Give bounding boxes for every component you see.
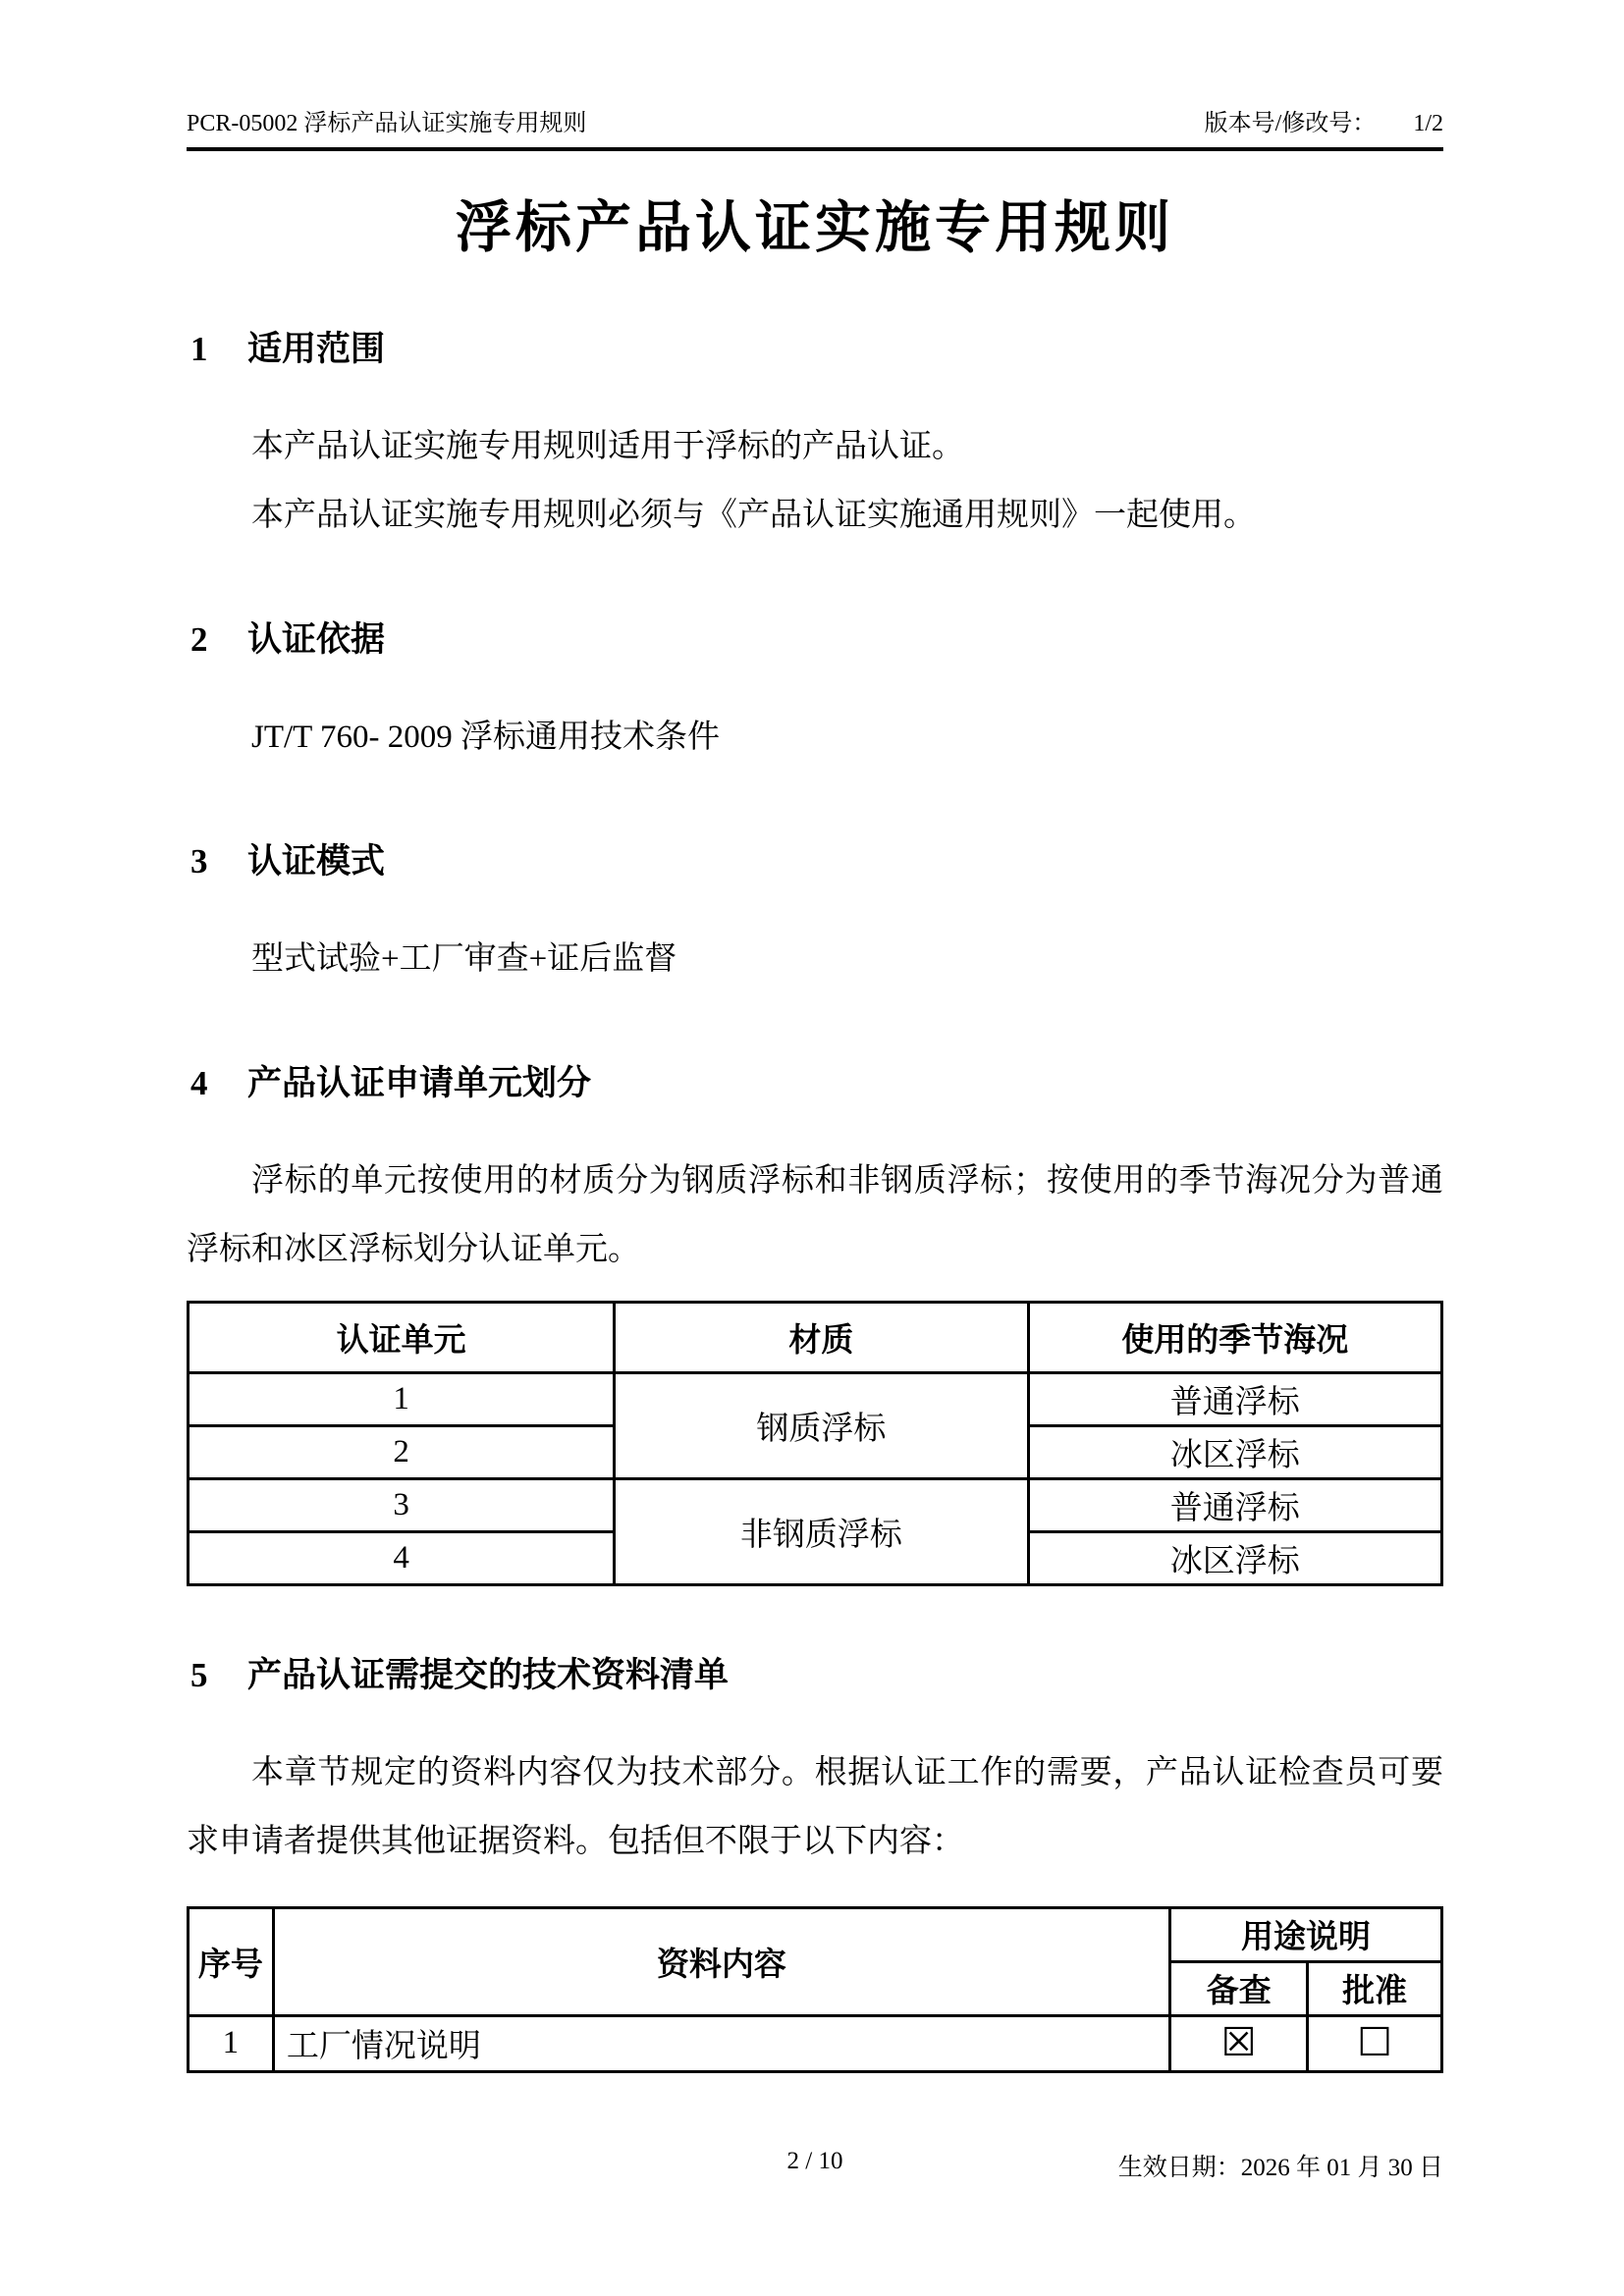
header-version: 版本号/修改号： 1/2 [1205,110,1443,138]
section-5-number: 5 [187,1655,247,1696]
section-5-body: 本章节规定的资料内容仅为技术部分。根据认证工作的需要，产品认证检查员可要求申请者… [187,1739,1443,1877]
header-cell-approve: 批准 [1308,1961,1442,2015]
cell-unit: 1 [189,1373,615,1426]
section-2-body: JT/T 760- 2009 浮标通用技术条件 [187,704,1443,773]
header-cell-unit: 认证单元 [189,1303,615,1373]
table-header-row: 认证单元 材质 使用的季节海况 [189,1303,1442,1373]
paragraph: 型式试验+工厂审查+证后监督 [187,926,1443,994]
document-title: 浮标产品认证实施专用规则 [187,196,1443,261]
table-header-row: 序号 资料内容 用途说明 [189,1907,1442,1961]
section-5-heading: 5 产品认证需提交的技术资料清单 [187,1655,1443,1696]
cell-content: 工厂情况说明 [273,2015,1169,2071]
cell-approve: ☐ [1308,2015,1442,2071]
header-cell-usage: 用途说明 [1169,1907,1441,1961]
section-1-body: 本产品认证实施专用规则适用于浮标的产品认证。 本产品认证实施专用规则必须与《产品… [187,413,1443,551]
cell-material-steel: 钢质浮标 [615,1373,1028,1479]
section-2-heading: 2 认证依据 [187,619,1443,661]
table-row: 3 非钢质浮标 普通浮标 [189,1479,1442,1532]
unchecked-checkbox-icon: ☐ [1357,2020,1392,2065]
cell-unit: 2 [189,1426,615,1479]
section-4-body: 浮标的单元按使用的材质分为钢质浮标和非钢质浮标；按使用的季节海况分为普通浮标和冰… [187,1148,1443,1285]
section-3-heading: 3 认证模式 [187,841,1443,882]
paragraph: 浮标的单元按使用的材质分为钢质浮标和非钢质浮标；按使用的季节海况分为普通浮标和冰… [187,1148,1443,1285]
paragraph: 本产品认证实施专用规则适用于浮标的产品认证。 [187,413,1443,482]
header-cell-material: 材质 [615,1303,1028,1373]
header-cell-no: 序号 [189,1907,274,2015]
effective-date: 生效日期：2026 年 01 月 30 日 [1118,2148,1443,2183]
cell-no: 1 [189,2015,274,2071]
certification-unit-table: 认证单元 材质 使用的季节海况 1 钢质浮标 普通浮标 2 冰区浮标 3 非钢质… [187,1301,1443,1586]
section-3-title: 认证模式 [247,841,385,882]
section-4-number: 4 [187,1063,247,1104]
section-4-heading: 4 产品认证申请单元划分 [187,1063,1443,1104]
paragraph: JT/T 760- 2009 浮标通用技术条件 [187,704,1443,773]
section-5-title: 产品认证需提交的技术资料清单 [247,1655,729,1696]
section-1-heading: 1 适用范围 [187,329,1443,370]
section-3-body: 型式试验+工厂审查+证后监督 [187,926,1443,994]
cell-check: ☒ [1169,2015,1307,2071]
page-footer: 2 / 10 生效日期：2026 年 01 月 30 日 [187,2148,1443,2187]
section-2-title: 认证依据 [247,619,385,661]
paragraph: 本产品认证实施专用规则必须与《产品认证实施通用规则》一起使用。 [187,482,1443,551]
document-page: PCR-05002 浮标产品认证实施专用规则 版本号/修改号： 1/2 浮标产品… [0,0,1624,2296]
table-row: 1 钢质浮标 普通浮标 [189,1373,1442,1426]
checked-checkbox-icon: ☒ [1221,2020,1257,2065]
header-cell-content: 资料内容 [273,1907,1169,2015]
page-header: PCR-05002 浮标产品认证实施专用规则 版本号/修改号： 1/2 [187,0,1443,151]
cell-season: 冰区浮标 [1028,1426,1441,1479]
header-doc-code: PCR-05002 浮标产品认证实施专用规则 [187,110,586,138]
section-1-number: 1 [187,329,247,370]
cell-unit: 4 [189,1532,615,1585]
cell-season: 普通浮标 [1028,1479,1441,1532]
section-2-number: 2 [187,619,247,661]
paragraph: 本章节规定的资料内容仅为技术部分。根据认证工作的需要，产品认证检查员可要求申请者… [187,1739,1443,1877]
cell-season: 普通浮标 [1028,1373,1441,1426]
cell-material-nonsteel: 非钢质浮标 [615,1479,1028,1585]
section-1-title: 适用范围 [247,329,385,370]
header-cell-season: 使用的季节海况 [1028,1303,1441,1373]
version-label: 版本号/修改号： [1205,110,1377,138]
cell-unit: 3 [189,1479,615,1532]
cell-season: 冰区浮标 [1028,1532,1441,1585]
section-4-title: 产品认证申请单元划分 [247,1063,591,1104]
table-row: 1 工厂情况说明 ☒ ☐ [189,2015,1442,2071]
page-content: PCR-05002 浮标产品认证实施专用规则 版本号/修改号： 1/2 浮标产品… [187,0,1443,2073]
technical-documents-table: 序号 资料内容 用途说明 备查 批准 1 工厂情况说明 ☒ ☐ [187,1906,1443,2073]
version-value: 1/2 [1413,110,1443,138]
header-cell-check: 备查 [1169,1961,1307,2015]
section-3-number: 3 [187,841,247,882]
